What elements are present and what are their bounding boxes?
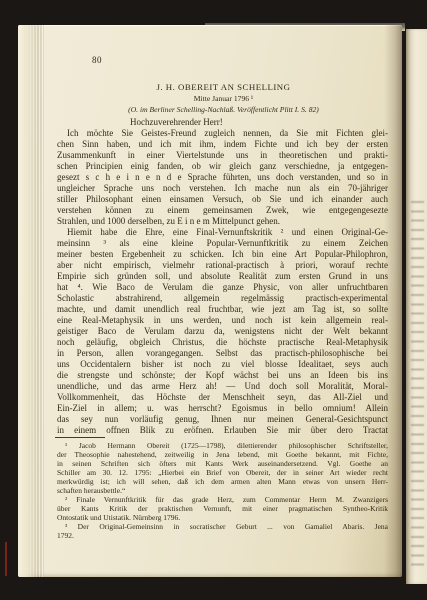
scanned-page: 80 J. H. OBEREIT AN SCHELLING Mitte Janu… [18, 25, 402, 577]
footnote-line: schaften herausbettle.“ [57, 486, 388, 495]
body-line: meinsinn ³ als eine kleine Popular-Vernu… [57, 238, 388, 249]
body-line: uns Occidentalern bisher ist noch zu vie… [57, 359, 388, 370]
body-line: schen Principien einig fanden, ob wir gl… [57, 161, 388, 172]
red-spine-line [5, 542, 7, 576]
salutation: Hochzuverehrender Herr! [57, 117, 388, 128]
body-line: chen Sinn haben, und ich mit ihm, indem … [57, 139, 388, 150]
body-line: hat ⁴. Wie Baco de Verulam die ganze Phy… [57, 282, 388, 293]
body-line: Scholastic abstrahirend, allgemein regel… [57, 293, 388, 304]
footnote-line: über Kants Kritik der praktischen Vernun… [57, 504, 388, 513]
page-number: 80 [92, 55, 102, 65]
letter-heading: J. H. OBEREIT AN SCHELLING Mitte Januar … [57, 81, 390, 115]
body-line: eine Real-Metaphysik in uns werden, und … [57, 315, 388, 326]
paragraph-1: Ich möchte Sie Geistes-Freund zugleich n… [57, 128, 388, 227]
footnote-2: ² Finale Vernunftkritik für das grade He… [57, 495, 388, 522]
letter-source: (O. im Berliner Schelling-Nachlaß. Veröf… [57, 104, 390, 115]
body-line: Ein-Ziel in allem; u. was herrscht? Egoi… [57, 403, 388, 414]
body-line: Ich möchte Sie Geistes-Freund zugleich n… [57, 128, 388, 139]
body-line: das sey nun vorläufig genug, Ihnen nur m… [57, 414, 388, 425]
body-line: verstehen können zu einem gemeinsamen Zw… [57, 205, 388, 216]
body-line: geistiger Baco de Verulam darzu da, weni… [57, 326, 388, 337]
body-line: Vollkommenheit, das Höchste der Menschhe… [57, 392, 388, 403]
body-line: in Person, allen vorangegangen. Selbst d… [57, 348, 388, 359]
letter-date: Mitte Januar 1796 ¹ [57, 93, 390, 104]
body-line: die strengste und schönste; der Kopf wäc… [57, 370, 388, 381]
footnote-line: 1792. [57, 531, 388, 540]
body-line: Zusammenkunft in einer Viertelstunde uns… [57, 150, 388, 161]
body-line: aber nicht empirisch, vielmehr rational-… [57, 260, 388, 271]
body-line: stiller Philosophant einen einsamen Vers… [57, 194, 388, 205]
footnote-3: ³ Der Original-Gemeinsinn in socratische… [57, 522, 388, 540]
facing-page-sliver [406, 29, 427, 584]
footnote-line: ¹ Jacob Hermann Obereit (1725—1798), dil… [57, 441, 388, 450]
footnote-line: ³ Der Original-Gemeinsinn in socratische… [57, 522, 388, 531]
body-line: machte, und damit unendlich real fruchtb… [57, 304, 388, 315]
footnotes: ¹ Jacob Hermann Obereit (1725—1798), dil… [57, 441, 388, 540]
body-line: Hiemit habe die Ehre, eine Final-Vernunf… [57, 227, 388, 238]
footnote-line: merkwürdig ist; ich will sehen, daß ich … [57, 477, 388, 486]
body-line: gesezt s c h e i n e n d e Sprache führt… [57, 172, 388, 183]
book-scan: 80 J. H. OBEREIT AN SCHELLING Mitte Janu… [0, 0, 427, 600]
footnote-line: Ontostatik und Utistatik. Nürnberg 1796. [57, 513, 388, 522]
footnote-line: in seinen Schriften sich öfters mit Kant… [57, 459, 388, 468]
paragraph-2: Hiemit habe die Ehre, eine Final-Vernunf… [57, 227, 388, 436]
letter-title: J. H. OBEREIT AN SCHELLING [57, 81, 390, 93]
footnote-line: Schiller am 30. 12. 1795: „Hierbei ein B… [57, 468, 388, 477]
body-line: meiner besten Ergebenheit zu schicken. I… [57, 249, 388, 260]
body-line: noch geläufig, obgleich Christus, die hö… [57, 337, 388, 348]
facing-page-ghost-text [411, 201, 424, 570]
footnote-line: ² Finale Vernunftkritik für das grade He… [57, 495, 388, 504]
body-line: Empirie sich gründen soll, und absolute … [57, 271, 388, 282]
body-line: Strahlen, und 1000 derselben, zu E i n e… [57, 216, 388, 227]
body-line: ungleicher Sprache uns noch verstehen. I… [57, 183, 388, 194]
footnote-1: ¹ Jacob Hermann Obereit (1725—1798), dil… [57, 441, 388, 495]
footnote-rule [55, 437, 105, 438]
body-line: in einem offnen Blik zu eröfnen. Erlaube… [57, 425, 388, 436]
letter-body: Hochzuverehrender Herr! Ich möchte Sie G… [57, 117, 388, 436]
footnote-line: der Theosophie nahestehend, zeitweilig i… [57, 450, 388, 459]
page-stack-edge [18, 25, 44, 577]
body-line: unendliche, und das arme Herz ah! — Und … [57, 381, 388, 392]
